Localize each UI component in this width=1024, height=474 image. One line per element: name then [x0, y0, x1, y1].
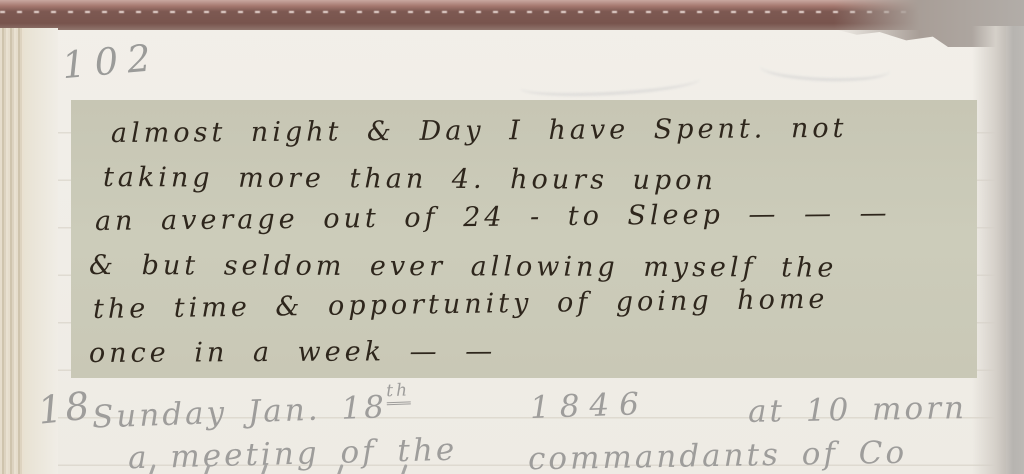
page-number: 102 [60, 36, 161, 87]
date-ordinal-suffix: th [386, 381, 411, 406]
scanned-diary-page: 102 almost night & Day I have Spent. not… [0, 0, 1024, 474]
adjacent-page-edge [1006, 26, 1024, 474]
highlighted-passage: almost night & Day I have Spent. not tak… [71, 100, 977, 378]
manuscript-line: almost night & Day I have Spent. not [111, 106, 977, 156]
binding-gilt-line [0, 11, 964, 13]
manuscript-line: an average out of 24 - to Sleep — — — [95, 191, 977, 244]
entry-commandants-text: commandants of Co [528, 435, 908, 474]
page-stack-edges [0, 28, 24, 474]
page-fold-shadow [972, 26, 1006, 474]
entry-year: 1846 [529, 386, 649, 426]
entry-date: Sunday Jan. 18th [91, 388, 411, 435]
manuscript-line: once in a week — — [89, 327, 977, 376]
entry-time-note: at 10 morn [748, 390, 968, 430]
entry-date-text: Sunday Jan. 18 [91, 389, 387, 435]
entry-meeting-text: a meeting of the [128, 432, 458, 474]
bleed-mark [760, 54, 891, 84]
bleed-mark [520, 67, 701, 99]
entry-day-number: 18 [36, 383, 95, 432]
